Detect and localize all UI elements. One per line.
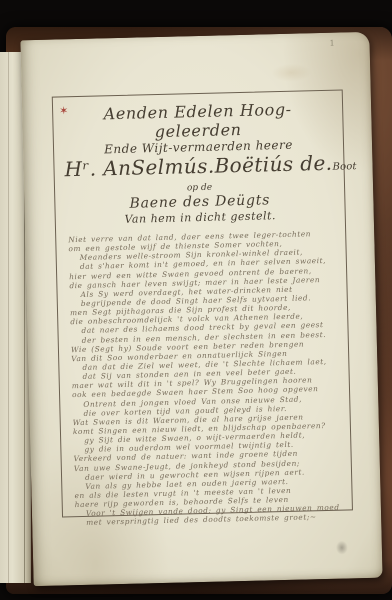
dedication-line-1: Aenden Edelen Hoog-geleerden [63,99,333,144]
gutter-crease [8,52,9,583]
poem-body: Niet verre van dat land, daer eens twee … [68,229,342,528]
dedicatee-name-main: Hʳ. AnSelmús.Boëtiús de. [64,151,332,182]
paper-stain [271,63,311,82]
dedicatee-name-suffix: Boot [332,161,356,173]
poem-frame-border: ✶ Aenden Edelen Hoog-geleerden Ende Wijt… [52,89,353,517]
manuscript-page: 1 ✶ Aenden Edelen Hoog-geleerden Ende Wi… [20,32,382,586]
pencil-page-number: 1 [329,39,334,48]
poem-title-block: Aenden Edelen Hoog-geleerden Ende Wijt-v… [63,99,335,229]
red-star-icon: ✶ [59,106,68,116]
pencil-smudge [336,540,348,554]
